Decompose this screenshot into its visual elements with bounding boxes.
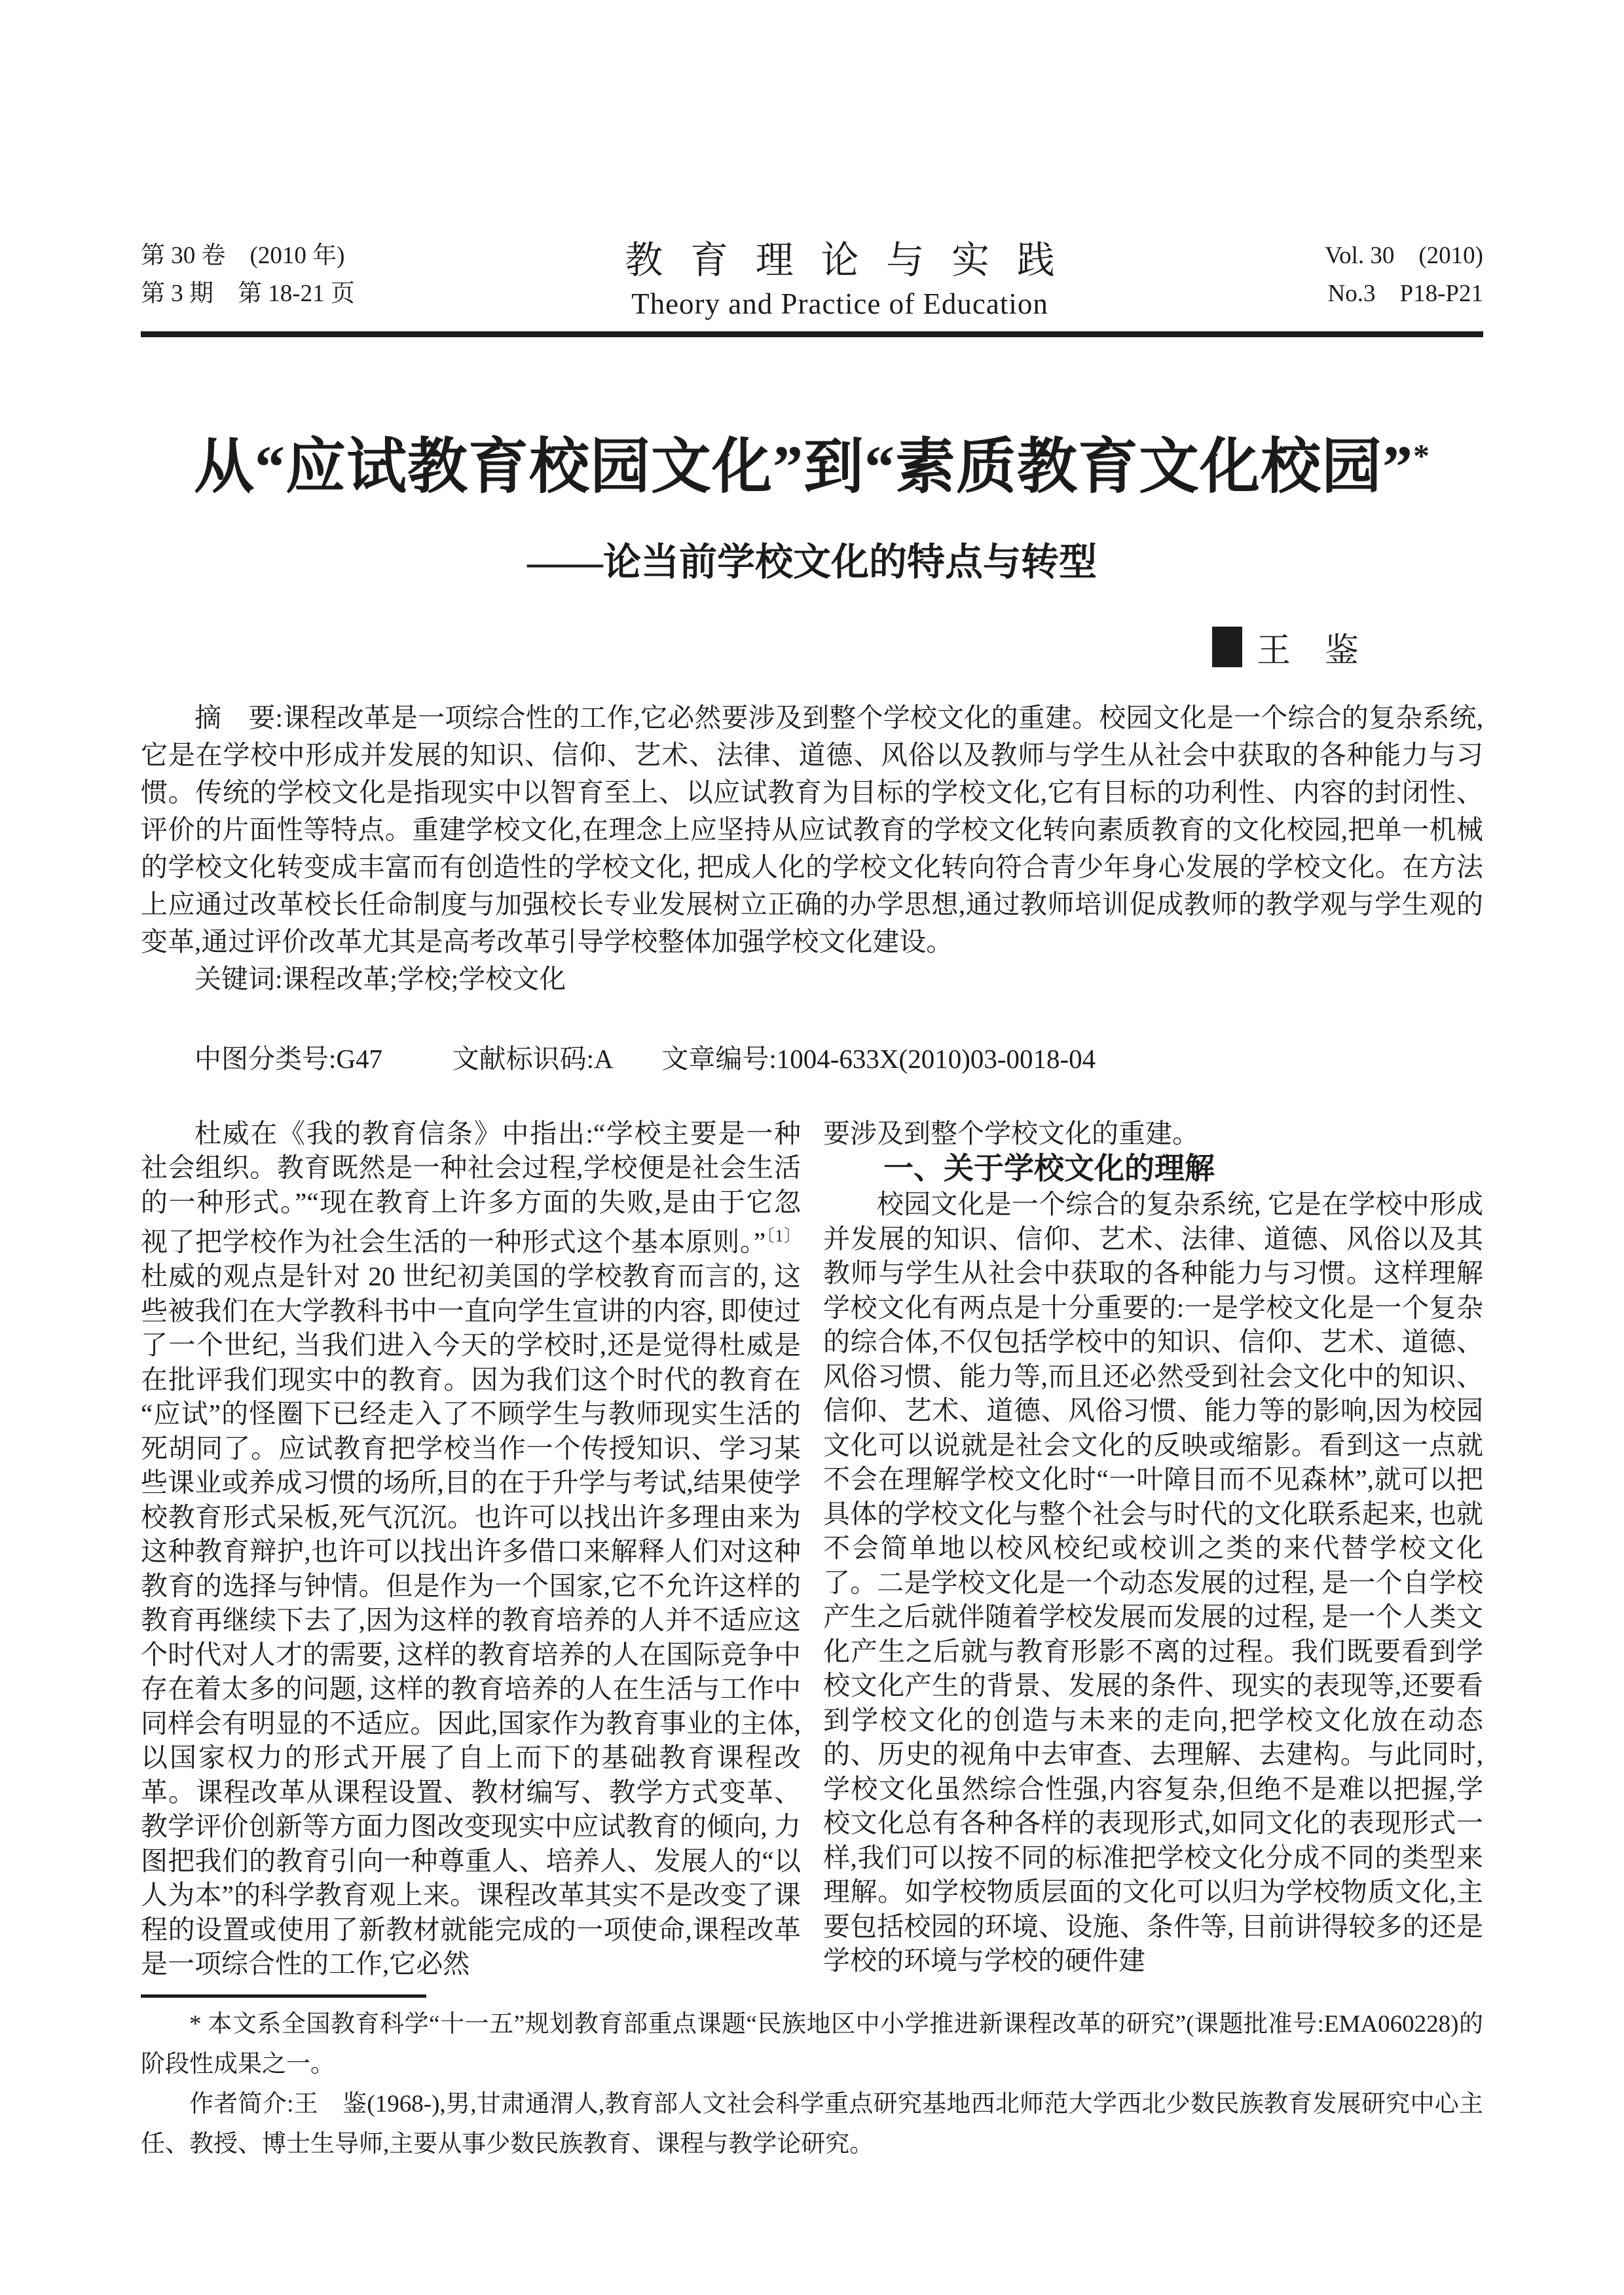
keywords-label: 关键词: [194, 964, 282, 994]
intro-paragraph-part2: 杜威的观点是针对 20 世纪初美国的学校教育而言的, 这些被我们在大学教科书中一… [141, 1261, 801, 1979]
header-divider [141, 331, 1483, 337]
article-subtitle: ——论当前学校文化的特点与转型 [141, 531, 1483, 586]
article-title: 从“应试教育校园文化”到“素质教育文化校园”* [141, 433, 1483, 502]
citation-1-marker: 〔1〕 [766, 1226, 801, 1245]
volume-line-zh: 第 30 卷 (2010 年) [141, 237, 355, 275]
document-code: 文献标识码:A [452, 1044, 614, 1074]
section-1-heading: 一、关于学校文化的理解 [823, 1151, 1483, 1186]
journal-title-block: 教育理论与实践 Theory and Practice of Education [355, 229, 1325, 321]
author-bio: 作者简介:王 鉴(1968-),男,甘肃通渭人,教育部人文社会科学重点研究基地西… [141, 2084, 1483, 2164]
author-bio-text: 王 鉴(1968-),男,甘肃通渭人,教育部人文社会科学重点研究基地西北师范大学… [141, 2091, 1483, 2157]
left-column: 杜威在《我的教育信条》中指出:“学校主要是一种社会组织。教育既然是一种社会过程,… [141, 1116, 801, 1981]
intro-paragraph-part1: 杜威在《我的教育信条》中指出:“学校主要是一种社会组织。教育既然是一种社会过程,… [141, 1118, 801, 1257]
abstract-paragraph: 摘 要:课程改革是一项综合性的工作,它必然要涉及到整个学校文化的重建。校园文化是… [141, 699, 1483, 961]
article-title-text: 从“应试教育校园文化”到“素质教育文化校园” [194, 433, 1413, 500]
issue-pages-line-zh: 第 3 期 第 18-21 页 [141, 275, 355, 313]
article-body: 杜威在《我的教育信条》中指出:“学校主要是一种社会组织。教育既然是一种社会过程,… [141, 1116, 1483, 1981]
intro-paragraph: 杜威在《我的教育信条》中指出:“学校主要是一种社会组织。教育既然是一种社会过程,… [141, 1116, 801, 1981]
section-1-paragraph: 校园文化是一个综合的复杂系统, 它是在学校中形成并发展的知识、信仰、艺术、法律、… [823, 1187, 1483, 1978]
journal-header: 第 30 卷 (2010 年) 第 3 期 第 18-21 页 教育理论与实践 … [141, 229, 1483, 321]
volume-line-en: Vol. 30 (2010) [1325, 237, 1483, 275]
author-line: 王 鉴 [141, 623, 1483, 672]
journal-title-zh: 教育理论与实践 [355, 229, 1325, 284]
title-footnote-marker: * [1413, 437, 1430, 473]
fund-note: * 本文系全国教育科学“十一五”规划教育部重点课题“民族地区中小学推进新课程改革… [141, 2004, 1483, 2084]
meta-line: 中图分类号:G47文献标识码:A文章编号:1004-633X(2010)03-0… [141, 1037, 1483, 1076]
footnote-divider [141, 1994, 426, 1998]
fund-note-marker: * [189, 2011, 208, 2038]
article-id: 文章编号:1004-633X(2010)03-0018-04 [661, 1044, 1096, 1074]
clc-number: 中图分类号:G47 [194, 1044, 382, 1074]
keywords-text: 课程改革;学校;学校文化 [282, 964, 566, 994]
black-square-icon [1212, 627, 1242, 667]
abstract-block: 摘 要:课程改革是一项综合性的工作,它必然要涉及到整个学校文化的重建。校园文化是… [141, 699, 1483, 998]
journal-page: 第 30 卷 (2010 年) 第 3 期 第 18-21 页 教育理论与实践 … [0, 0, 1624, 2295]
issue-pages-line-en: No.3 P18-P21 [1325, 275, 1483, 313]
volume-info-zh: 第 30 卷 (2010 年) 第 3 期 第 18-21 页 [141, 237, 355, 313]
abstract-label: 摘 要: [194, 703, 283, 733]
author-bio-label: 作者简介: [189, 2091, 293, 2118]
fund-note-text: 本文系全国教育科学“十一五”规划教育部重点课题“民族地区中小学推进新课程改革的研… [141, 2011, 1483, 2078]
right-column: 要涉及到整个学校文化的重建。 一、关于学校文化的理解 校园文化是一个综合的复杂系… [823, 1116, 1483, 1981]
intro-paragraph-continuation: 要涉及到整个学校文化的重建。 [823, 1116, 1483, 1151]
journal-title-en: Theory and Practice of Education [355, 287, 1325, 321]
footnotes-block: * 本文系全国教育科学“十一五”规划教育部重点课题“民族地区中小学推进新课程改革… [141, 1994, 1483, 2164]
author-name: 王 鉴 [1257, 633, 1359, 670]
abstract-text: 课程改革是一项综合性的工作,它必然要涉及到整个学校文化的重建。校园文化是一个综合… [141, 703, 1483, 957]
keywords-paragraph: 关键词:课程改革;学校;学校文化 [141, 961, 1483, 998]
volume-info-en: Vol. 30 (2010) No.3 P18-P21 [1325, 237, 1483, 313]
